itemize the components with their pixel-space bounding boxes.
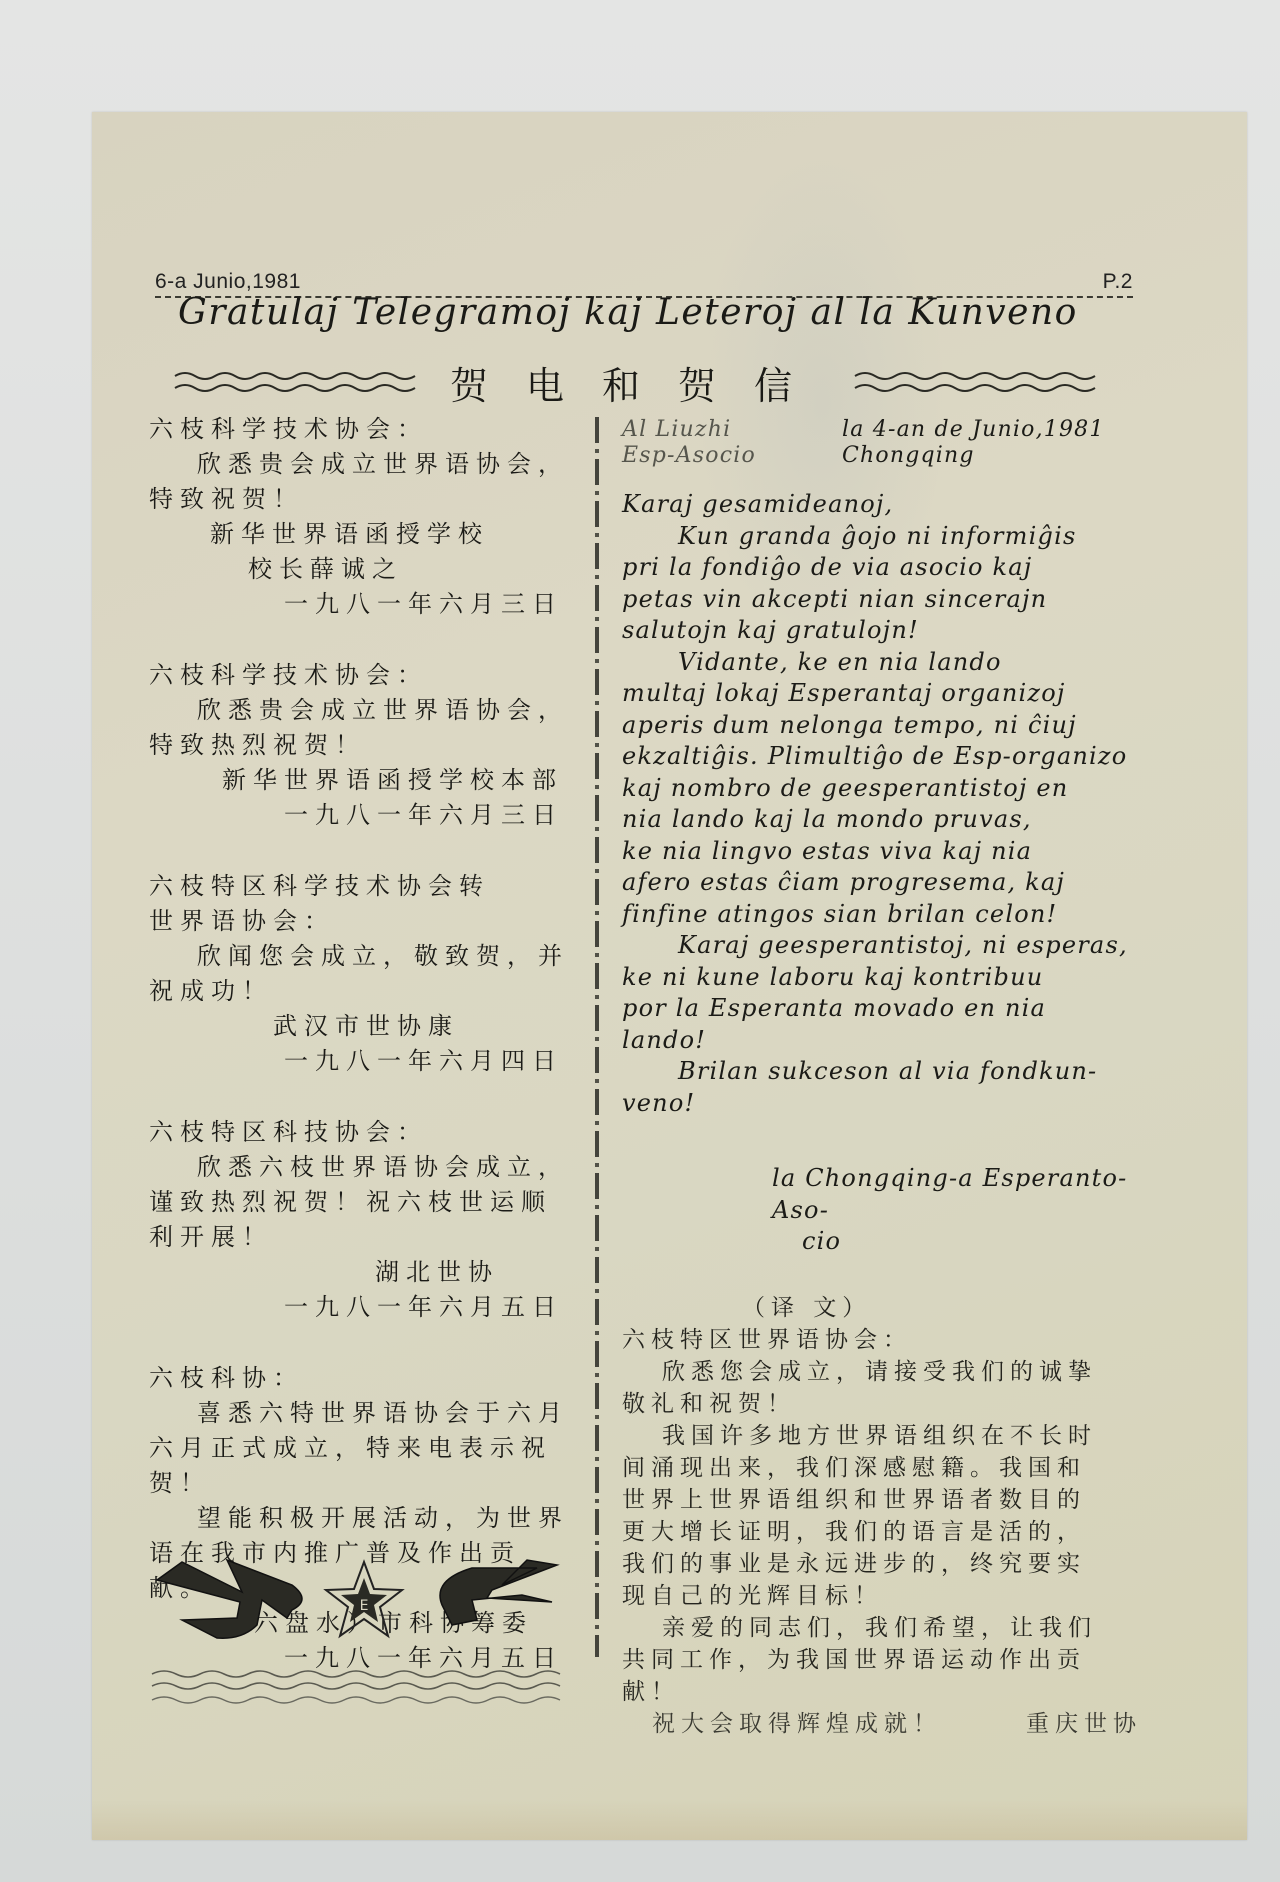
telegram-body-line: 特致祝贺！: [149, 482, 569, 517]
wave-ornament-bottom-icon: [147, 1664, 567, 1714]
letter-salutation: Karaj gesamideanoj,: [622, 489, 1142, 521]
letter-signature: cio: [622, 1226, 1142, 1258]
telegram-body-line: 欣悉六枝世界语协会成立，: [149, 1150, 569, 1185]
letter-line: ekzaltiĝis. Plimultiĝo de Esp-organizo: [622, 741, 1142, 773]
telegram-body-line: 欣悉贵会成立世界语协会，: [149, 693, 569, 728]
swallows-star-emblem-icon: E: [142, 1540, 572, 1660]
translation-line: 我们的事业是永远进步的，终究要实: [622, 1548, 1142, 1580]
telegram-addressee: 六枝科学技术协会：: [149, 658, 569, 693]
letter-line: pri la fondiĝo de via asocio kaj: [622, 552, 1142, 584]
svg-text:E: E: [360, 1598, 369, 1614]
page-title-chinese: 贺电和贺信: [450, 355, 830, 410]
wave-ornament-left-icon: [170, 362, 430, 402]
translation-closing: 祝大会取得辉煌成就！: [652, 1708, 942, 1740]
translation-closing-row: 祝大会取得辉煌成就！ 重庆世协: [622, 1708, 1142, 1740]
letter-line: Karaj geesperantistoj, ni esperas,: [622, 930, 1142, 962]
telegram-2: 六枝科学技术协会： 欣悉贵会成立世界语协会， 特致热烈祝贺！ 新华世界语函授学校…: [149, 658, 569, 833]
translation-line: 间涌现出来，我们深感慰籍。我国和: [622, 1452, 1142, 1484]
translation-addressee: 六枝特区世界语协会：: [622, 1324, 1142, 1356]
telegram-date: 一九八一年六月三日: [149, 798, 569, 833]
telegram-signature: 校长薛诚之: [149, 552, 569, 587]
telegram-body-line: 贺！: [149, 1466, 569, 1501]
translation-line: 欣悉您会成立，请接受我们的诚挚: [622, 1356, 1142, 1388]
letter-line: veno!: [622, 1088, 1142, 1120]
telegram-body-line: 欣悉贵会成立世界语协会，: [149, 447, 569, 482]
wave-ornament-right-icon: [850, 362, 1110, 402]
letter-recipient: Al Liuzhi: [622, 417, 842, 443]
telegram-addressee: 六枝科协：: [149, 1361, 569, 1396]
letter-line: salutojn kaj gratulojn!: [622, 615, 1142, 647]
letter-signature: la Chongqing-a Esperanto-Aso-: [622, 1163, 1142, 1226]
telegram-addressee: 六枝科学技术协会：: [149, 412, 569, 447]
translation-label: （译 文）: [622, 1292, 1142, 1324]
letter-line: aperis dum nelonga tempo, ni ĉiuj: [622, 710, 1142, 742]
letter-line: afero estas ĉiam progresema, kaj: [622, 867, 1142, 899]
letter-recipient: Esp-Asocio: [622, 443, 842, 469]
letter-line: nia lando kaj la mondo pruvas,: [622, 804, 1142, 836]
telegram-signature: 武汉市世协康: [149, 1009, 569, 1044]
left-column-telegrams: 六枝科学技术协会： 欣悉贵会成立世界语协会， 特致祝贺！ 新华世界语函授学校 校…: [149, 412, 569, 1712]
letter-line: lando!: [622, 1025, 1142, 1057]
telegram-signature: 新华世界语函授学校: [149, 517, 569, 552]
translation-line: 世界上世界语组织和世界语者数目的: [622, 1484, 1142, 1516]
page-title-chinese-row: 贺电和贺信: [170, 352, 1110, 412]
letter-line: finfine atingos sian brilan celon!: [622, 899, 1142, 931]
page-number: P.2: [1103, 270, 1133, 294]
telegram-signature: 新华世界语函授学校本部: [149, 763, 569, 798]
page-title-esperanto: Gratulaj Telegramoj kaj Leteroj al la Ku…: [178, 292, 1138, 333]
translation-line: 共同工作，为我国世界语运动作出贡: [622, 1644, 1142, 1676]
letter-line: ke nia lingvo estas viva kaj nia: [622, 836, 1142, 868]
issue-date: 6-a Junio,1981: [155, 270, 301, 294]
translation-line: 现自己的光辉目标！: [622, 1580, 1142, 1612]
letter-date: la 4-an de Junio,1981: [842, 417, 1142, 443]
letter-address-block: Al Liuzhi la 4-an de Junio,1981 Esp-Asoc…: [622, 417, 1142, 469]
telegram-signature: 湖北世协: [149, 1255, 569, 1290]
telegram-addressee: 世界语协会：: [149, 904, 569, 939]
telegram-3: 六枝特区科学技术协会转 世界语协会： 欣闻您会成立，敬致贺，并 祝成功！ 武汉市…: [149, 869, 569, 1079]
telegram-4: 六枝特区科技协会： 欣悉六枝世界语协会成立， 谨致热烈祝贺！祝六枝世运顺 利开展…: [149, 1115, 569, 1325]
letter-line: Vidante, ke en nia lando: [622, 647, 1142, 679]
telegram-addressee: 六枝特区科技协会：: [149, 1115, 569, 1150]
telegram-body-line: 祝成功！: [149, 974, 569, 1009]
letter-translation: （译 文） 六枝特区世界语协会： 欣悉您会成立，请接受我们的诚挚 敬礼和祝贺！ …: [622, 1292, 1142, 1740]
translation-signature: 重庆世协: [1026, 1708, 1142, 1740]
letter-line: ke ni kune laboru kaj kontribuu: [622, 962, 1142, 994]
translation-line: 亲爱的同志们，我们希望，让我们: [622, 1612, 1142, 1644]
translation-line: 献！: [622, 1676, 1142, 1708]
telegram-body-line: 喜悉六特世界语协会于六月: [149, 1396, 569, 1431]
translation-line: 更大增长证明，我们的语言是活的，: [622, 1516, 1142, 1548]
translation-line: 我国许多地方世界语组织在不长时: [622, 1420, 1142, 1452]
letter-line: multaj lokaj Esperantaj organizoj: [622, 678, 1142, 710]
telegram-date: 一九八一年六月五日: [149, 1290, 569, 1325]
letter-place: Chongqing: [842, 443, 1142, 469]
column-divider: [595, 417, 599, 1657]
letter-line: Kun granda ĝojo ni informiĝis: [622, 521, 1142, 553]
telegram-body-line: 望能积极开展活动，为世界: [149, 1501, 569, 1536]
telegram-body-line: 欣闻您会成立，敬致贺，并: [149, 939, 569, 974]
telegram-body-line: 六月正式成立，特来电表示祝: [149, 1431, 569, 1466]
telegram-date: 一九八一年六月四日: [149, 1044, 569, 1079]
letter-line: Brilan sukceson al via fondkun-: [622, 1056, 1142, 1088]
translation-line: 敬礼和祝贺！: [622, 1388, 1142, 1420]
telegram-1: 六枝科学技术协会： 欣悉贵会成立世界语协会， 特致祝贺！ 新华世界语函授学校 校…: [149, 412, 569, 622]
letter-line: petas vin akcepti nian sincerajn: [622, 584, 1142, 616]
right-column-letter: Al Liuzhi la 4-an de Junio,1981 Esp-Asoc…: [622, 417, 1142, 1740]
telegram-addressee: 六枝特区科学技术协会转: [149, 869, 569, 904]
telegram-body-line: 谨致热烈祝贺！祝六枝世运顺: [149, 1185, 569, 1220]
letter-line: por la Esperanta movado en nia: [622, 993, 1142, 1025]
newsletter-page: 6-a Junio,1981 P.2 Gratulaj Telegramoj k…: [92, 112, 1247, 1840]
telegram-body-line: 利开展！: [149, 1220, 569, 1255]
letter-line: kaj nombro de geesperantistoj en: [622, 773, 1142, 805]
telegram-body-line: 特致热烈祝贺！: [149, 728, 569, 763]
telegram-date: 一九八一年六月三日: [149, 587, 569, 622]
